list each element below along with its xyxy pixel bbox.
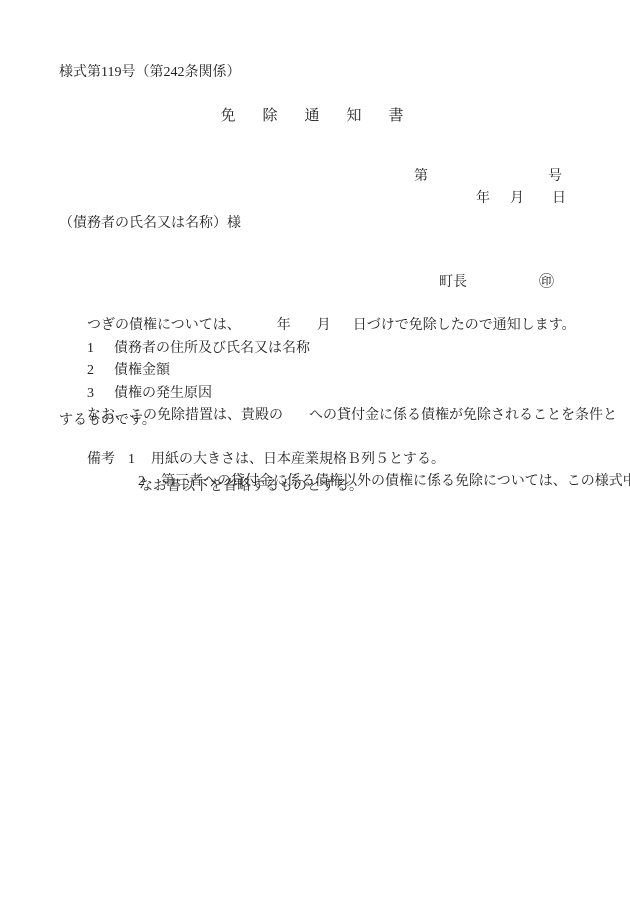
form-reference: 様式第119号（第242条関係） (59, 64, 240, 81)
addressee: （債務者の氏名又は名称）様 (59, 215, 241, 232)
seal-mark: ㊞ (539, 274, 554, 290)
year-label: 年 (476, 191, 490, 206)
mayor-title: 町長 (439, 275, 467, 290)
remarks-item-2-text-line-2: なお書以下を省略するものとする。 (139, 478, 363, 495)
blank-day-field (524, 201, 552, 202)
month-label: 月 (510, 191, 524, 206)
document-page: 様式第119号（第242条関係） 免 除 通 知 書 第号 年月日 （債務者の氏… (0, 0, 630, 903)
intro-tail: 日づけで免除したので通知します。 (353, 318, 576, 333)
remarks-label: 備考 (87, 452, 115, 467)
note-tail: への貸付金に係る債権が免除されることを条件と (309, 408, 617, 423)
blank-month-field (490, 201, 510, 202)
blank-mayor-name-field (467, 285, 539, 286)
doc-number-prefix: 第 (414, 169, 428, 184)
blank-lender-name-field (283, 418, 309, 419)
condition-note-line-2: するものです。 (59, 412, 156, 429)
intro-month-label: 月 (317, 318, 331, 333)
document-title: 免 除 通 知 書 (0, 108, 630, 125)
blank-intro-day-field (331, 328, 353, 329)
day-label: 日 (552, 191, 566, 206)
date-line: 年月日 (462, 173, 566, 224)
